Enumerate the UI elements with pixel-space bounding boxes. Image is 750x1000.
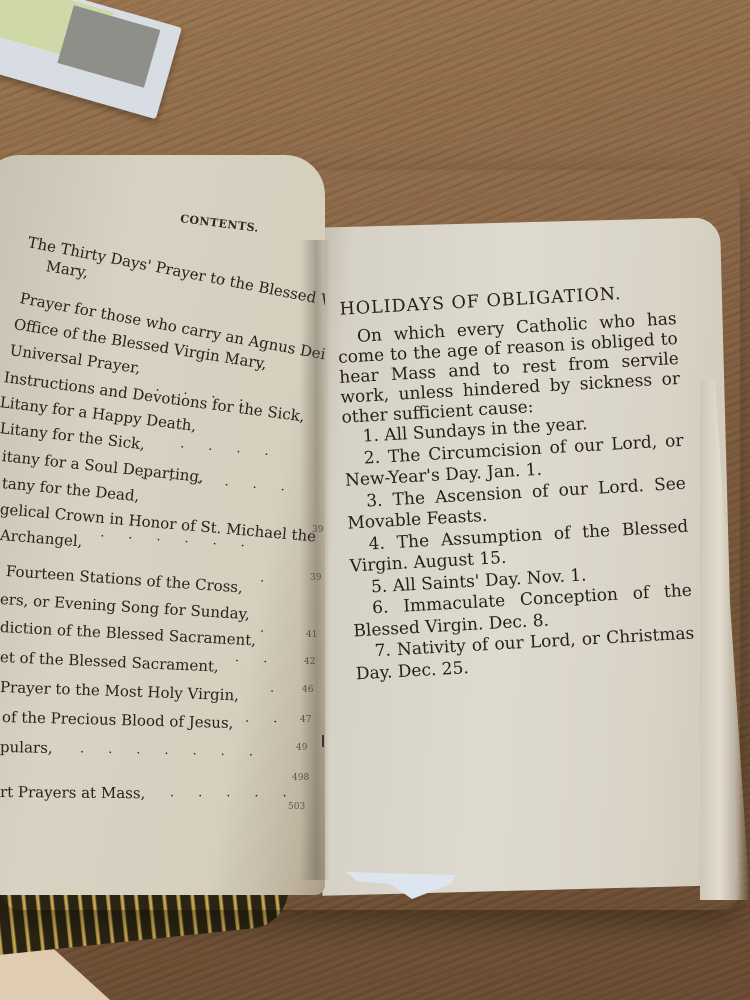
left-page-content: CONTENTS. The Thirty Days' Prayer to the… bbox=[0, 155, 325, 895]
left-page: CONTENTS. The Thirty Days' Prayer to the… bbox=[0, 155, 325, 895]
notepad-shadow bbox=[57, 5, 160, 87]
book-gutter bbox=[300, 240, 330, 880]
leader-dots: ······ bbox=[140, 471, 309, 501]
leader-dots: · bbox=[260, 574, 289, 590]
ink-mark bbox=[322, 735, 324, 747]
holidays-of-obligation-section: HOLIDAYS OF OBLIGATION. On which every C… bbox=[335, 281, 696, 685]
toc-item: ers, or Evening Song for Sunday, bbox=[0, 590, 250, 623]
intro-paragraph: On which every Catholic who has come to … bbox=[337, 309, 682, 428]
toc-item: of the Precious Blood of Jesus, bbox=[2, 708, 234, 732]
leader-dots: · bbox=[270, 685, 299, 701]
toc-item: Archangel, bbox=[0, 526, 83, 550]
toc-item: Fourteen Stations of the Cross, bbox=[5, 562, 243, 597]
toc-item: tany for the Dead, bbox=[1, 474, 140, 505]
leader-dots: ·· bbox=[245, 715, 302, 731]
contents-heading: CONTENTS. bbox=[180, 212, 260, 235]
leader-dots: ······· bbox=[80, 745, 277, 763]
toc-item: et of the Blessed Sacrament, bbox=[0, 648, 219, 676]
leader-dots: · bbox=[260, 625, 289, 641]
toc-item: Prayer to the Most Holy Virgin, bbox=[0, 678, 239, 704]
leader-dots: ···· bbox=[180, 440, 293, 465]
leader-dots: ·· bbox=[235, 654, 292, 671]
leader-dots: ·· bbox=[229, 357, 287, 379]
toc-item: diction of the Blessed Sacrament, bbox=[0, 618, 257, 649]
toc-item: pulars, bbox=[0, 738, 53, 757]
toc-item: rt Prayers at Mass, bbox=[0, 783, 145, 802]
